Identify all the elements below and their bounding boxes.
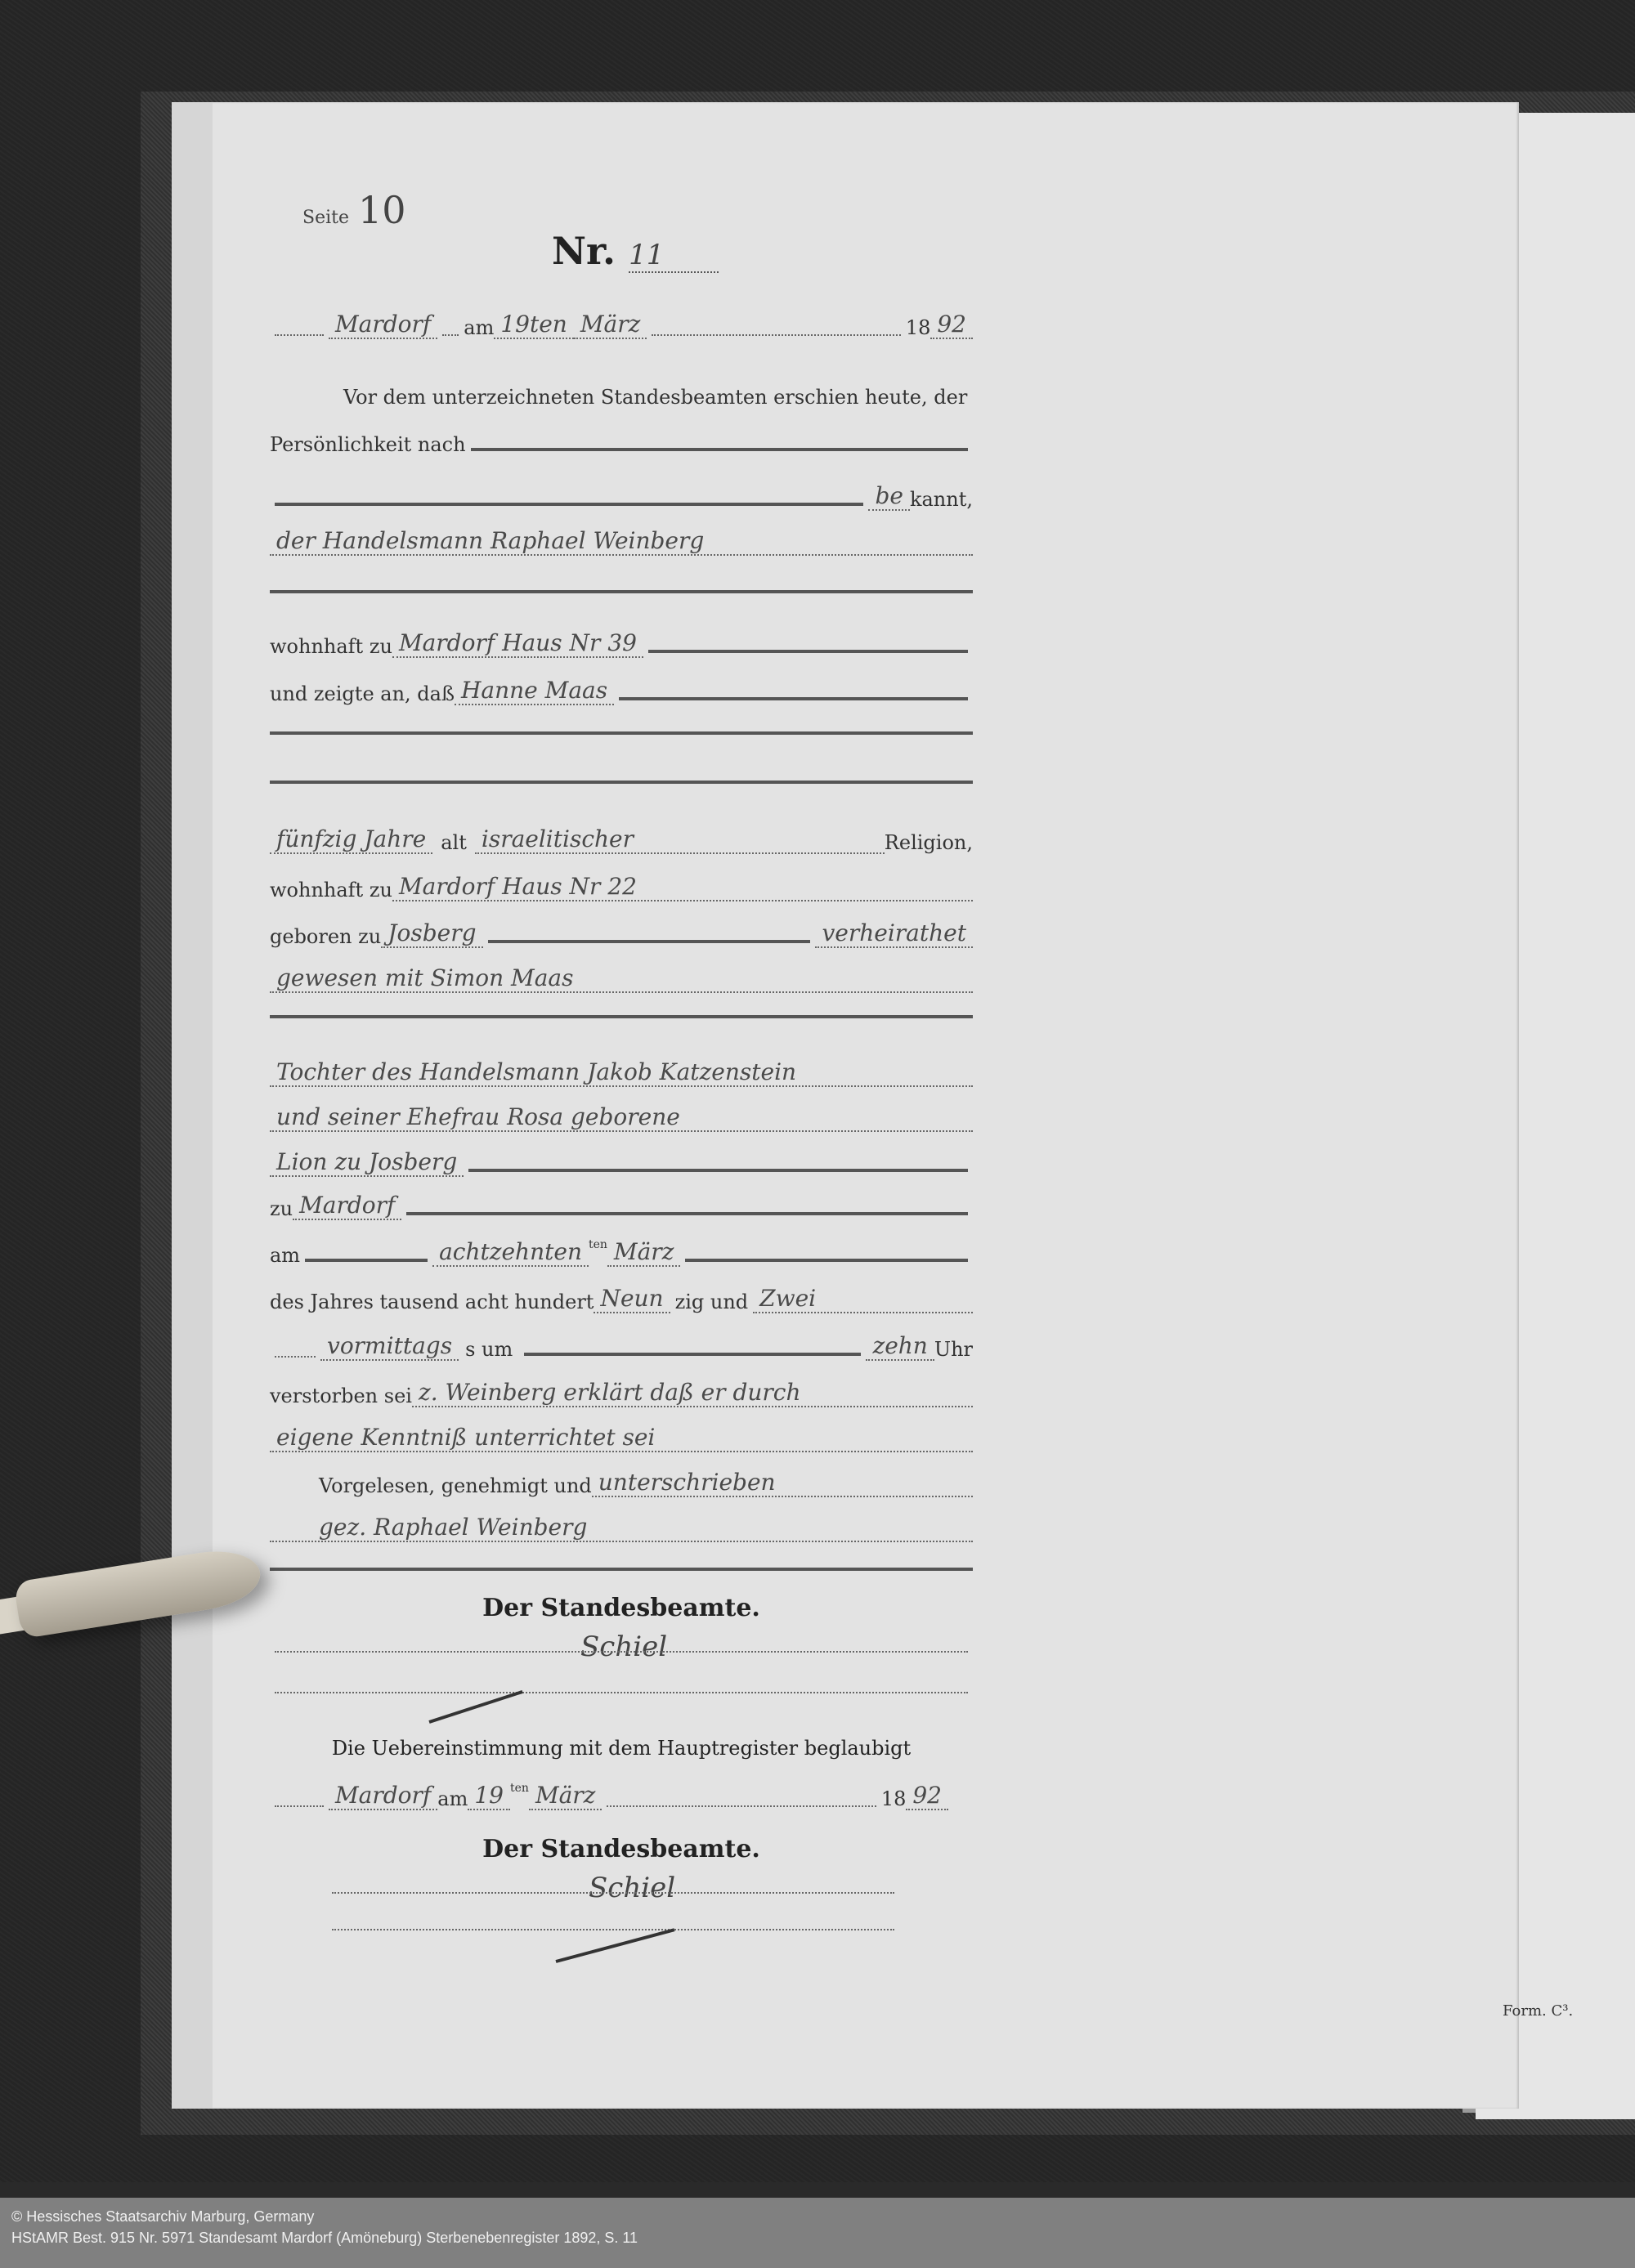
note-line: eigene Kenntniß unterrichtet sei — [270, 1424, 973, 1452]
parents-text-2: und seiner Ehefrau Rosa geborene — [270, 1103, 973, 1132]
cert-year-suffix: 92 — [906, 1782, 948, 1810]
divider — [270, 781, 973, 784]
registrar-sign-line-2 — [270, 1692, 973, 1697]
entry-number: Nr. 11 — [552, 229, 719, 273]
time-of-day: vormittags — [320, 1332, 459, 1361]
deceased-residence-line: wohnhaft zu Mardorf Haus Nr 22 — [270, 873, 973, 901]
year-zig: zig und — [675, 1291, 749, 1313]
year-tens: Neun — [594, 1285, 670, 1313]
identity-line: Persönlichkeit nach — [270, 433, 973, 456]
registrar-title-2: Der Standesbeamte. — [262, 1835, 981, 1863]
death-hour: zehn — [866, 1332, 934, 1361]
registrar-title: Der Standesbeamte. — [262, 1594, 981, 1622]
informant-line: der Handelsmann Raphael Weinberg — [270, 527, 973, 556]
religion-value: israelitischer — [475, 825, 885, 854]
header-month: März — [574, 311, 647, 339]
deceased-residence-label: wohnhaft zu — [270, 879, 392, 901]
death-day-suffix: ten — [589, 1238, 607, 1251]
parents-line-2: und seiner Ehefrau Rosa geborene — [270, 1103, 973, 1132]
intro-text: Vor dem unterzeichneten Standesbeamten e… — [343, 386, 967, 409]
entry-label: Nr. — [552, 229, 616, 273]
deceased-name: Hanne Maas — [455, 677, 614, 705]
residence-label: wohnhaft zu — [270, 635, 392, 658]
marital-status: verheirathet — [815, 919, 973, 948]
died-line: verstorben sei z. Weinberg erklärt daß e… — [270, 1379, 973, 1407]
read-approved-line: Vorgelesen, genehmigt und unterschrieben — [270, 1469, 973, 1497]
registrar-sign-line — [270, 1651, 973, 1656]
informant-signature-line: gez. Raphael Weinberg — [270, 1514, 973, 1542]
identity-line-2: be kannt, — [270, 482, 973, 511]
identity-suffix-hw: be — [868, 482, 910, 511]
cert-day: 19 — [468, 1782, 510, 1810]
deceased-residence-value: Mardorf Haus Nr 22 — [392, 873, 973, 901]
spouse-line: gewesen mit Simon Maas — [270, 964, 973, 993]
deceased-age: fünfzig Jahre — [270, 825, 432, 854]
parents-line-1: Tochter des Handelsmann Jakob Katzenstei… — [270, 1058, 973, 1087]
death-date-line: am achtzehnten ten März — [270, 1238, 973, 1267]
registrar-sign-line-3 — [327, 1892, 899, 1897]
death-month: März — [607, 1238, 681, 1267]
header-day: 19ten — [494, 311, 573, 339]
certification-text: Die Uebereinstimmung mit dem Hauptregist… — [262, 1737, 981, 1760]
registrar-signature-2: Schiel — [589, 1872, 675, 1904]
cert-day-suffix: ten — [510, 1782, 529, 1795]
note-line-1: z. Weinberg erklärt daß er durch — [412, 1379, 973, 1407]
header-am: am — [464, 316, 494, 339]
page-label: Seite 10 — [302, 188, 406, 232]
seite-word: Seite — [302, 208, 349, 228]
parents-line-3: Lion zu Josberg — [270, 1148, 973, 1177]
header-year-prefix: 18 — [906, 316, 931, 339]
divider — [270, 590, 973, 593]
informant-signature: gez. Raphael Weinberg — [270, 1514, 973, 1542]
page-number: 10 — [358, 188, 406, 232]
form-code: Form. C³. — [1503, 2002, 1573, 2020]
year-text-label: des Jahres tausend acht hundert — [270, 1291, 594, 1313]
registrar-sign-line-4 — [327, 1929, 899, 1934]
reported-line: und zeigte an, daß Hanne Maas — [270, 677, 973, 705]
death-day: achtzehnten — [432, 1238, 589, 1267]
read-value: unterschrieben — [592, 1469, 973, 1497]
parents-text-1: Tochter des Handelsmann Jakob Katzenstei… — [270, 1058, 973, 1087]
time-um: s um — [465, 1338, 513, 1361]
death-place-line: zu Mardorf — [270, 1192, 973, 1220]
archive-footer: © Hessisches Staatsarchiv Marburg, Germa… — [0, 2198, 1635, 2268]
death-place-label: zu — [270, 1197, 293, 1220]
born-place: Josberg — [381, 919, 482, 948]
intro-line: Vor dem unterzeichneten Standesbeamten e… — [270, 386, 973, 409]
birth-line: geboren zu Josberg verheirathet — [270, 919, 973, 948]
reported-label: und zeigte an, daß — [270, 682, 455, 705]
died-label: verstorben sei — [270, 1385, 412, 1407]
death-time-line: vormittags s um zehn Uhr — [270, 1332, 973, 1361]
residence-value: Mardorf Haus Nr 39 — [392, 629, 643, 658]
religion-label: Religion, — [885, 831, 973, 854]
identity-label: Persönlichkeit nach — [270, 433, 466, 456]
cert-am: am — [437, 1787, 468, 1810]
death-date-label: am — [270, 1244, 300, 1267]
parents-text-3: Lion zu Josberg — [270, 1148, 464, 1177]
cert-date-line: Mardorf am 19 ten März 18 92 — [270, 1782, 948, 1810]
header-date-line: Mardorf am 19ten März 18 92 — [270, 311, 973, 339]
age-label: alt — [441, 831, 467, 854]
entry-number-value: 11 — [629, 239, 719, 273]
hour-label: Uhr — [934, 1338, 973, 1361]
citation-text: HStAMR Best. 915 Nr. 5971 Standesamt Mar… — [0, 2227, 1635, 2248]
copyright-text: © Hessisches Staatsarchiv Marburg, Germa… — [0, 2198, 1635, 2227]
read-label: Vorgelesen, genehmigt und — [319, 1474, 592, 1497]
year-units: Zwei — [753, 1285, 973, 1313]
divider — [270, 1015, 973, 1018]
death-year-line: des Jahres tausend acht hundert Neun zig… — [270, 1285, 973, 1313]
cert-month: März — [529, 1782, 602, 1810]
cert-year-prefix: 18 — [881, 1787, 907, 1810]
divider — [270, 731, 973, 735]
death-place: Mardorf — [293, 1192, 401, 1220]
identity-suffix: kannt, — [910, 488, 973, 511]
born-label: geboren zu — [270, 925, 381, 948]
cert-place: Mardorf — [329, 1782, 437, 1810]
spouse-value: gewesen mit Simon Maas — [270, 964, 973, 993]
header-place: Mardorf — [329, 311, 437, 339]
divider — [270, 1568, 973, 1571]
age-religion-line: fünfzig Jahre alt israelitischer Religio… — [270, 825, 973, 854]
informant-name: der Handelsmann Raphael Weinberg — [270, 527, 973, 556]
note-line-2: eigene Kenntniß unterrichtet sei — [270, 1424, 973, 1452]
residence-line: wohnhaft zu Mardorf Haus Nr 39 — [270, 629, 973, 658]
registrar-signature: Schiel — [580, 1631, 667, 1663]
header-year-suffix: 92 — [930, 311, 973, 339]
